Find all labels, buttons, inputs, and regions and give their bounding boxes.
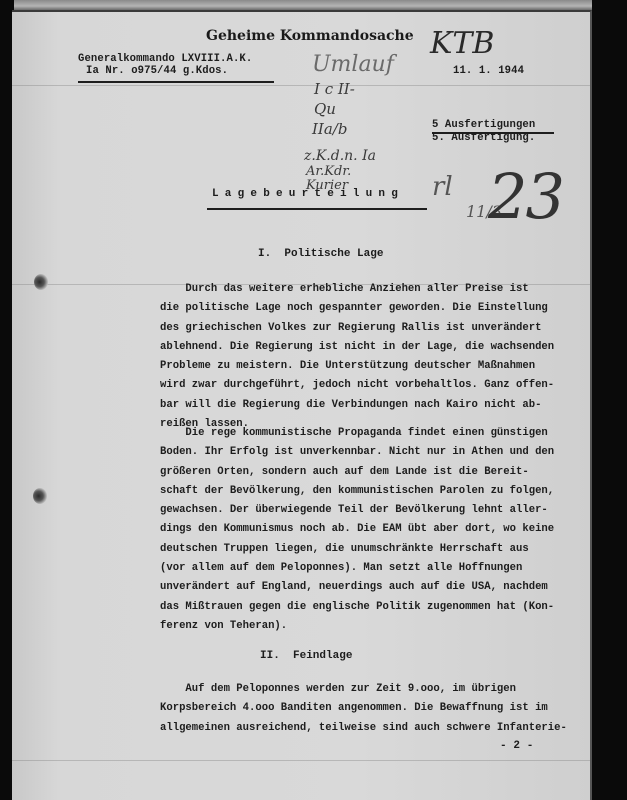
text-line: (vor allem auf dem Peloponnes). Man setz… bbox=[160, 559, 580, 578]
handwritten-routing: IIa/b bbox=[312, 120, 347, 138]
underlying-page-edge bbox=[14, 0, 592, 10]
handwritten-initial: rl bbox=[432, 172, 453, 202]
text-line: ferenz von Teheran). bbox=[160, 617, 580, 636]
text-line: das Mißtrauen gegen die englische Politi… bbox=[160, 598, 580, 617]
section-heading: II. Feindlage bbox=[260, 650, 352, 662]
text-line: Probleme zu meistern. Die Unterstützung … bbox=[160, 357, 580, 376]
paragraph: Auf dem Peloponnes werden zur Zeit 9.ooo… bbox=[160, 680, 580, 738]
text-line: Korpsbereich 4.ooo Banditen angenommen. … bbox=[160, 699, 580, 718]
text-line: des griechischen Volkes zur Regierung Ra… bbox=[160, 319, 580, 338]
header-underline bbox=[78, 81, 274, 83]
paper-crease bbox=[12, 85, 590, 86]
sender-unit: Generalkommando LXVIII.A.K. bbox=[78, 53, 252, 65]
punch-hole bbox=[34, 274, 48, 290]
text-line: dings den Kommunismus noch ab. Die EAM ü… bbox=[160, 520, 580, 539]
handwritten-routing: z.K.d.n. Ia bbox=[304, 148, 376, 164]
handwritten-routing: Qu bbox=[314, 100, 336, 118]
paragraph: Durch das weitere erhebliche Anziehen al… bbox=[160, 280, 580, 434]
document-date: 11. 1. 1944 bbox=[453, 65, 524, 77]
classification-stamp: Geheime Kommandosache bbox=[206, 28, 414, 44]
text-line: Auf dem Peloponnes werden zur Zeit 9.ooo… bbox=[160, 680, 580, 699]
document-page: Geheime Kommandosache Generalkommando LX… bbox=[12, 10, 592, 800]
title-underline bbox=[207, 208, 427, 210]
paper-crease bbox=[12, 760, 590, 761]
reference-number: Ia Nr. o975/44 g.Kdos. bbox=[86, 65, 228, 77]
text-line: allgemeinen ausreichend, teilweise sind … bbox=[160, 719, 580, 738]
handwritten-ktb: KTB bbox=[430, 26, 494, 61]
handwritten-routing: Ar.Kdr. bbox=[306, 164, 351, 179]
handwritten-routing: Umlauf bbox=[312, 52, 394, 77]
text-line: schaft der Bevölkerung, den kommunistisc… bbox=[160, 482, 580, 501]
text-line: die politische Lage noch gespannter gewo… bbox=[160, 299, 580, 318]
section-heading: I. Politische Lage bbox=[258, 248, 383, 260]
text-line: unverändert auf England, neuerdings auch… bbox=[160, 578, 580, 597]
text-line: Die rege kommunistische Propaganda finde… bbox=[160, 424, 580, 443]
handwritten-routing: I c II- bbox=[314, 80, 355, 98]
page-number: - 2 - bbox=[500, 740, 534, 752]
text-line: deutschen Truppen liegen, die unumschrän… bbox=[160, 540, 580, 559]
document-title: Lagebeurteilung bbox=[212, 188, 404, 200]
text-line: gewachsen. Der überwiegende Teil der Bev… bbox=[160, 501, 580, 520]
text-line: Durch das weitere erhebliche Anziehen al… bbox=[160, 280, 580, 299]
text-line: bar will die Regierung die Verbindungen … bbox=[160, 396, 580, 415]
text-line: größeren Orten, sondern auch auf dem Lan… bbox=[160, 463, 580, 482]
copy-number: 5. Ausfertigung. bbox=[432, 132, 535, 144]
text-line: ablehnend. Die Regierung ist nicht in de… bbox=[160, 338, 580, 357]
text-line: wird zwar durchgeführt, jedoch nicht vor… bbox=[160, 376, 580, 395]
paragraph: Die rege kommunistische Propaganda finde… bbox=[160, 424, 580, 636]
text-line: Boden. Ihr Erfolg ist unverkennbar. Nich… bbox=[160, 443, 580, 462]
handwritten-folio-number: 23 bbox=[488, 160, 563, 233]
punch-hole bbox=[33, 488, 47, 504]
copies-total: 5 Ausfertigungen bbox=[432, 119, 535, 131]
